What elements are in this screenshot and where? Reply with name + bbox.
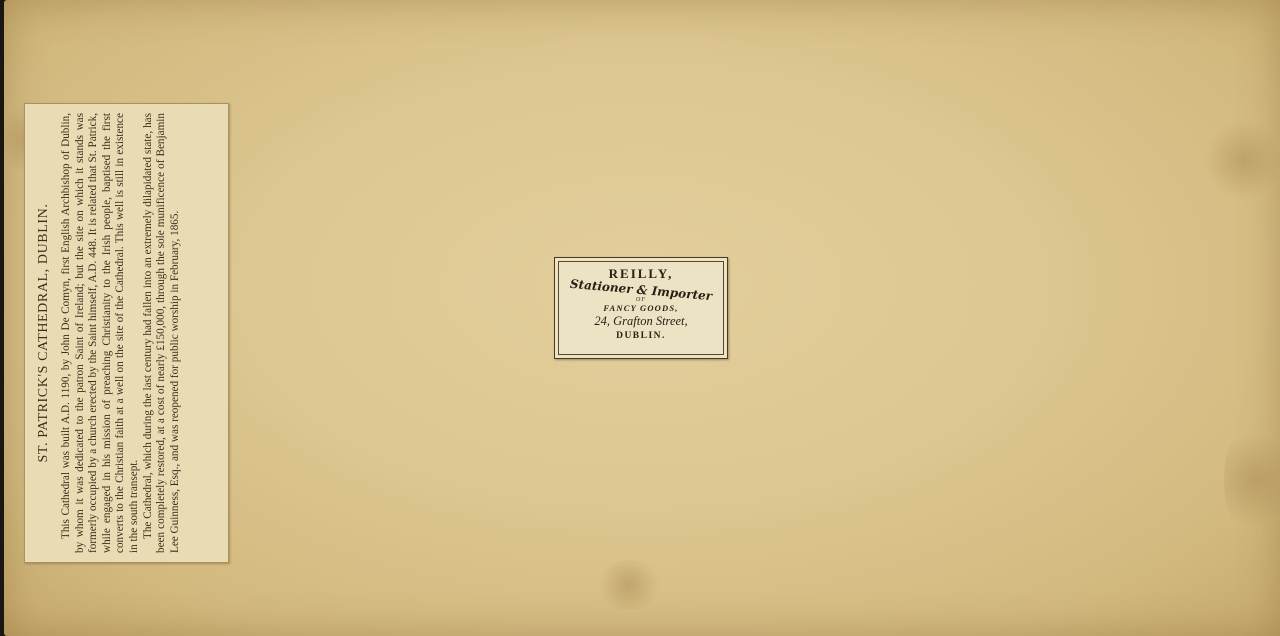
stamp-border	[558, 261, 724, 355]
stereoview-card-back: ST. PATRICK'S CATHEDRAL, DUBLIN. This Ca…	[4, 0, 1280, 636]
label-paragraph: The Cathedral, which during the last cen…	[141, 113, 182, 553]
publisher-stamp: REILLY, Stationer & Importer OF FANCY GO…	[554, 257, 728, 359]
label-paragraph: This Cathedral was built A.D. 1190, by J…	[60, 113, 142, 553]
label-body: This Cathedral was built A.D. 1190, by J…	[60, 109, 182, 557]
label-rotated-text: ST. PATRICK'S CATHEDRAL, DUBLIN. This Ca…	[32, 109, 222, 557]
stain	[1204, 120, 1280, 200]
stain	[1224, 420, 1280, 540]
description-label: ST. PATRICK'S CATHEDRAL, DUBLIN. This Ca…	[24, 103, 229, 563]
stain	[594, 560, 664, 610]
label-title: ST. PATRICK'S CATHEDRAL, DUBLIN.	[36, 109, 52, 557]
